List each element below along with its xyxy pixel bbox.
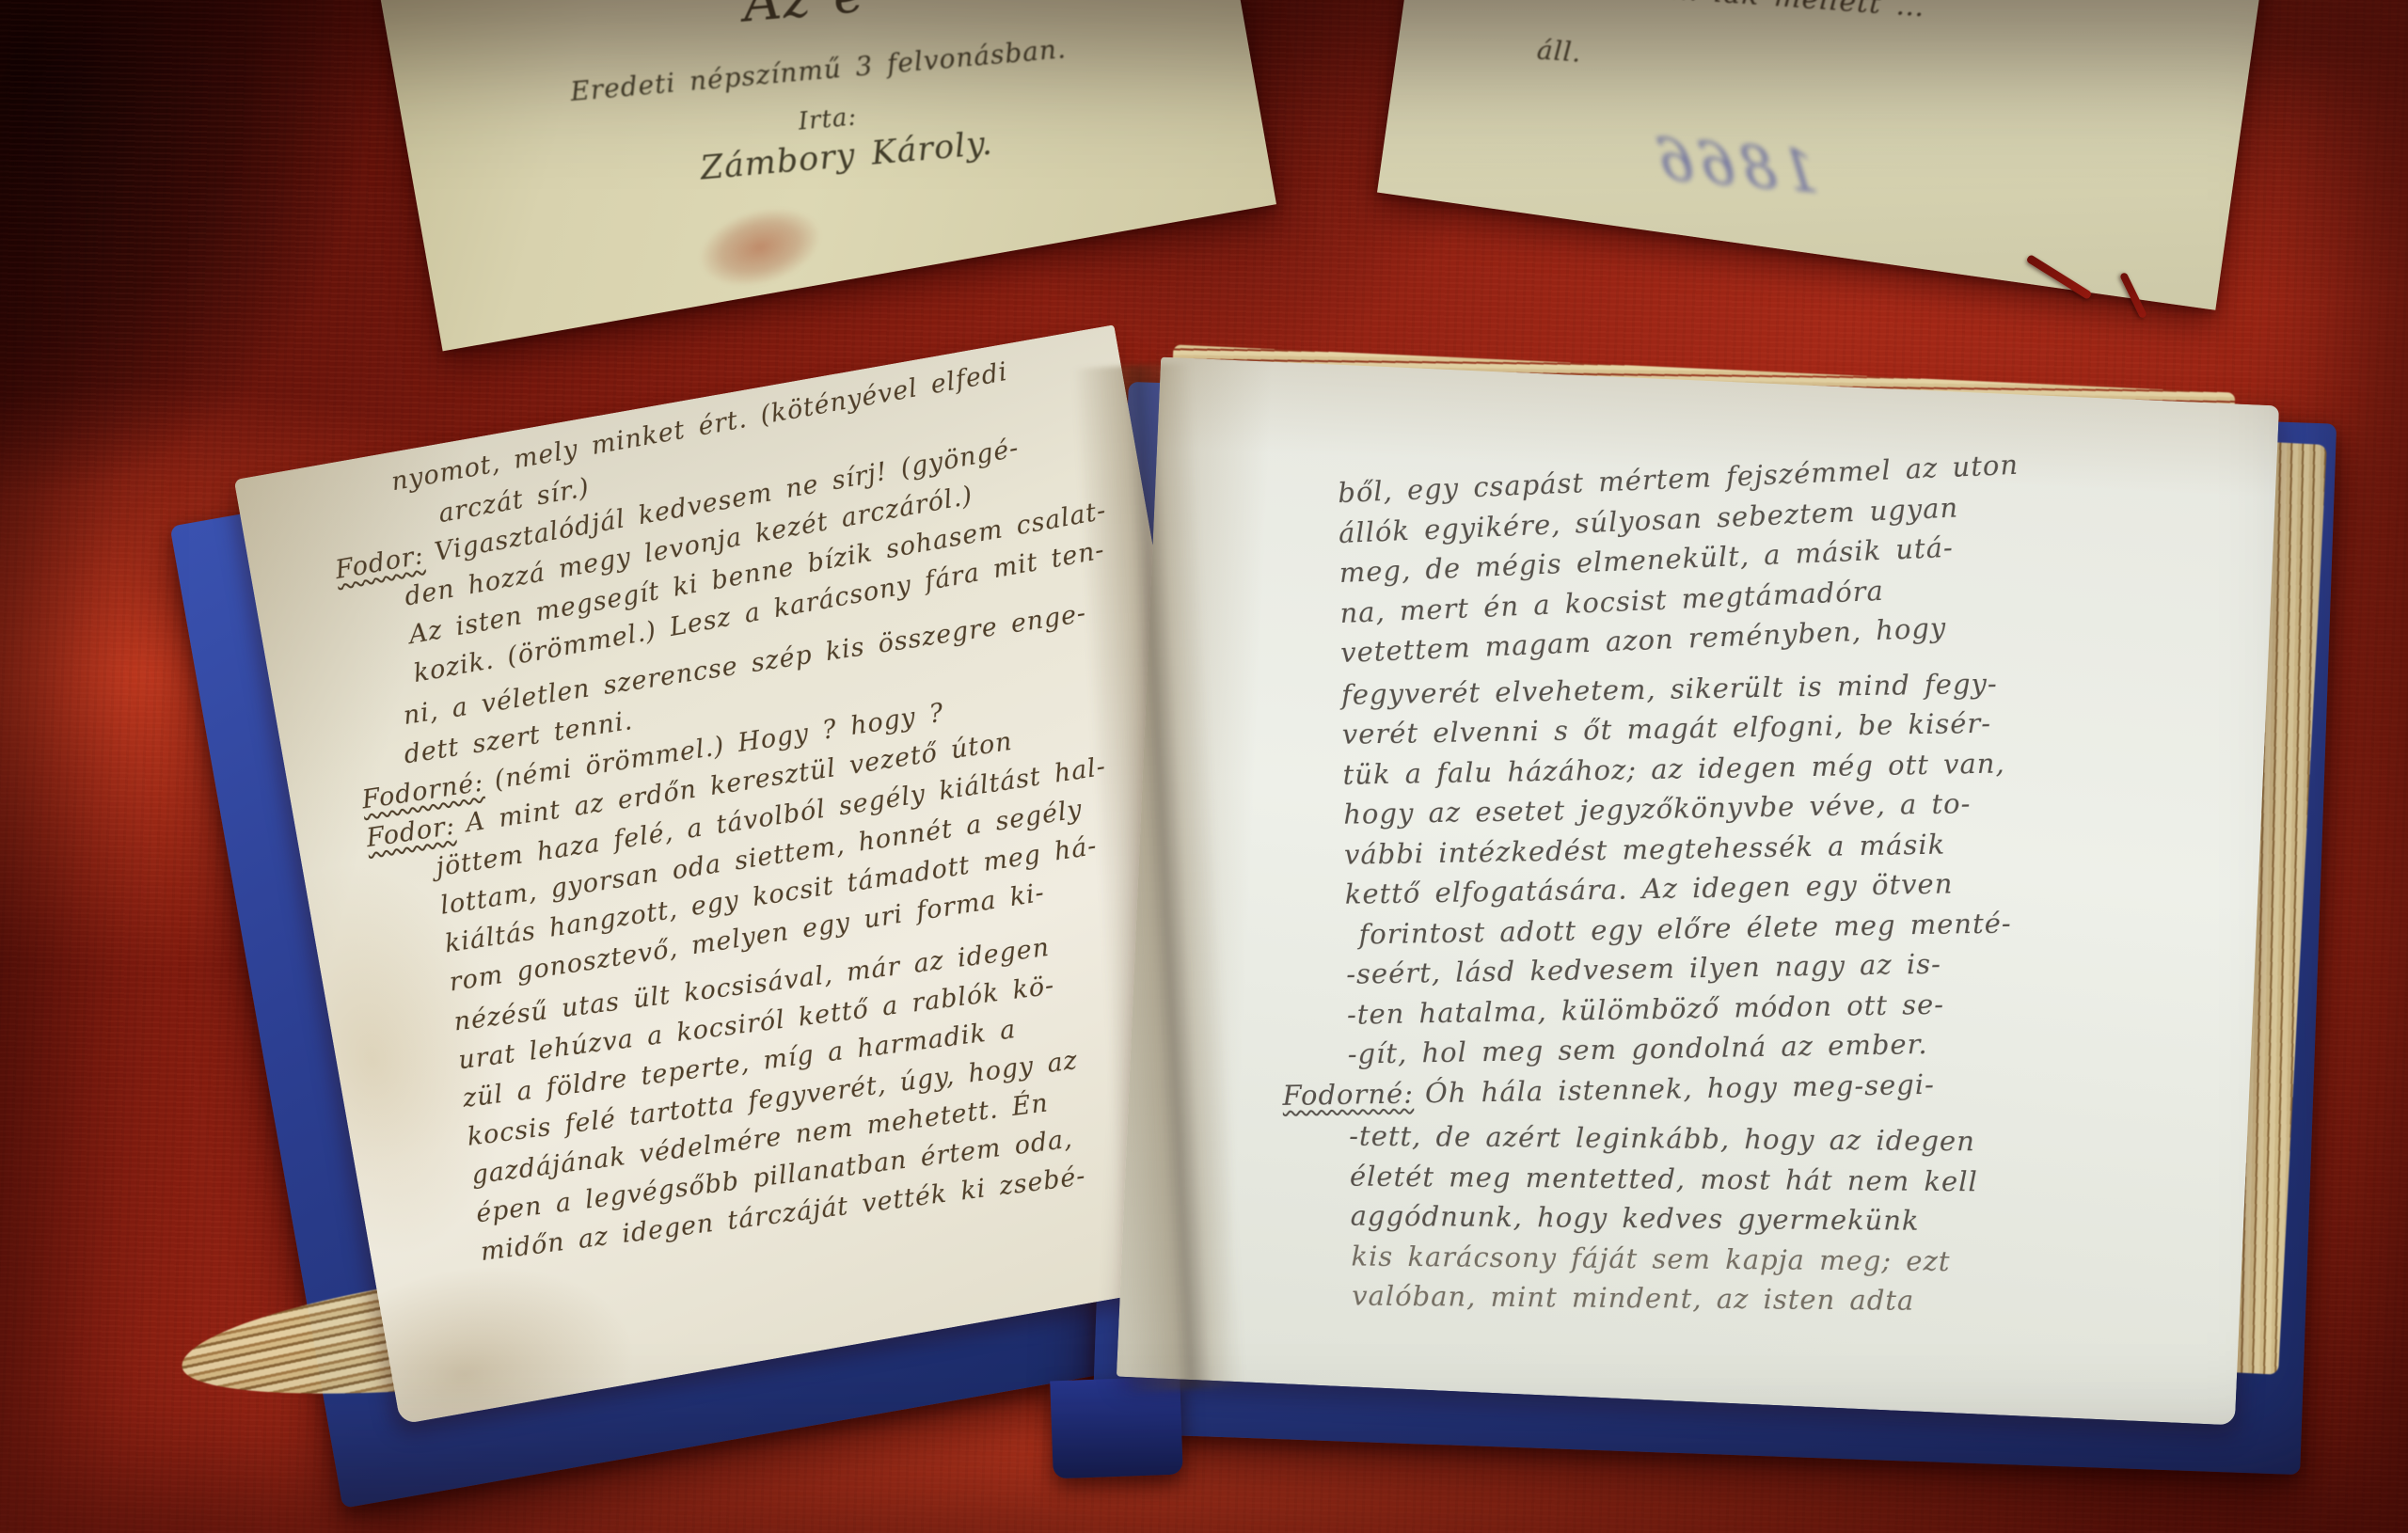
left-page-text: nyomot, mely minket ért. (kötényével elf… (325, 344, 1283, 1280)
line-text: forintost adott egy előre élete meg ment… (1358, 907, 2012, 950)
line-text: -gít, hol meg sem gondolná az ember. (1347, 1028, 1927, 1070)
line-text: aggódnunk, hogy kedves gyermekünk (1351, 1199, 1920, 1236)
line-text: -ten hatalma, külömböző módon ott se- (1347, 988, 1945, 1030)
line-text: kis karácsony fáját sem kapja meg; ezt (1351, 1240, 1950, 1277)
line-text: kettő elfogatására. Az idegen egy ötven (1344, 867, 1953, 909)
second-leaf-paper (1377, 0, 2291, 310)
line-text: hogy az esetet jegyzőkönyvbe véve, a to- (1343, 787, 1972, 830)
line-text: fegyverét elvehetem, sikerült is mind fe… (1341, 667, 1998, 710)
line-text: verét elvenni s őt magát elfogni, be kis… (1342, 707, 1992, 751)
right-page-text: ből, egy csapást mértem fejszémmel az ut… (1272, 459, 2236, 1315)
line-text: -seért, lásd kedvesem ilyen nagy az is- (1346, 948, 1941, 990)
manuscript-line: valóban, mint mindent, az isten adta (1286, 1275, 2236, 1323)
book-spine (1050, 1377, 1183, 1479)
second-leaf-line-2: áll. (1536, 34, 1583, 68)
line-text: -tett, de azért leginkább, hogy az idege… (1349, 1120, 1975, 1158)
line-text: életét meg mentetted, most hát nem kell (1350, 1160, 1978, 1197)
line-text: vábbi intézkedést megtehessék a másik (1344, 828, 1946, 870)
photo-stage: Az e Eredeti népszínmű 3 felvonásban. Ir… (0, 0, 2408, 1533)
line-text: valóban, mint mindent, az isten adta (1352, 1279, 1914, 1316)
speaker-label: Fodorné: (1282, 1077, 1425, 1112)
line-text: Óh hála istennek, hogy meg-segi- (1425, 1067, 1935, 1108)
